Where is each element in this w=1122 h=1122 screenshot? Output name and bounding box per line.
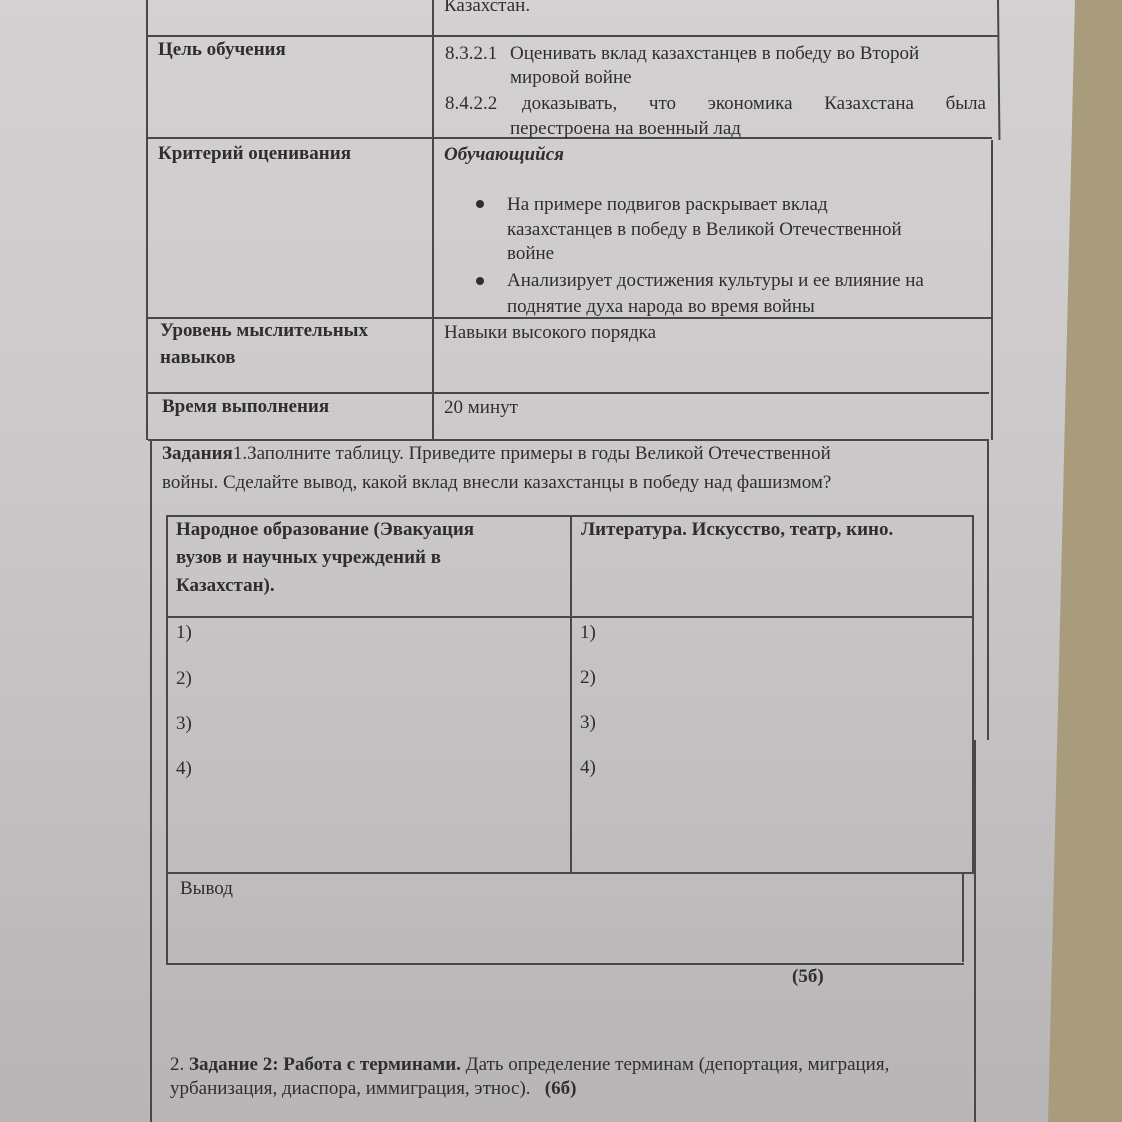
col2-item-2[interactable]: 2) bbox=[580, 666, 596, 690]
criteria-1-line1: На примере подвигов раскрывает вклад bbox=[507, 193, 828, 217]
inner-table-left bbox=[166, 515, 168, 965]
table-col-divider bbox=[432, 0, 434, 440]
task-section-left bbox=[150, 440, 152, 1122]
goal-2-code: 8.4.2.2 bbox=[445, 92, 497, 116]
thinking-level-label-2: навыков bbox=[160, 346, 236, 370]
conclusion-bottom bbox=[168, 963, 964, 965]
col2-item-4[interactable]: 4) bbox=[580, 756, 596, 780]
criteria-2-line1: Анализирует достижения культуры и ее вли… bbox=[507, 269, 924, 293]
thinking-level-label-1: Уровень мыслительных bbox=[160, 319, 368, 343]
task2-line2-text: урбанизация, диаспора, иммиграция, этнос… bbox=[170, 1078, 531, 1099]
top-row-text: Казахстан. bbox=[444, 0, 530, 18]
top-row-tail: Казахстан. bbox=[444, 0, 530, 16]
goal-2-line1: доказывать, что экономика Казахстана был… bbox=[522, 92, 986, 116]
time-value: 20 минут bbox=[444, 396, 518, 420]
inner-table-right bbox=[972, 515, 974, 873]
task2-title: Задание 2: Работа с терминами. bbox=[189, 1054, 461, 1075]
table-left-border bbox=[146, 0, 148, 440]
task1-points: (5б) bbox=[792, 965, 824, 989]
task1-instruction-line2: войны. Сделайте вывод, какой вклад внесл… bbox=[162, 471, 831, 495]
criteria-subject: Обучающийся bbox=[444, 143, 564, 167]
conclusion-label: Вывод bbox=[180, 877, 233, 901]
inner-table-header-divider bbox=[166, 616, 974, 618]
col1-item-1[interactable]: 1) bbox=[176, 621, 192, 645]
col1-header-line3: Казахстан). bbox=[176, 574, 275, 598]
task2-line1: 2. Задание 2: Работа с терминами. Дать о… bbox=[170, 1053, 889, 1077]
time-label: Время выполнения bbox=[162, 395, 329, 419]
learning-goal-label: Цель обучения bbox=[158, 38, 286, 62]
row-divider bbox=[146, 35, 998, 37]
inner-table-conclusion-divider bbox=[168, 872, 974, 874]
criteria-1-line2: казахстанцев в победу в Великой Отечеств… bbox=[507, 218, 902, 242]
col2-header: Литература. Искусство, театр, кино. bbox=[581, 518, 893, 542]
conclusion-right bbox=[962, 872, 964, 962]
goal-1-line1: Оценивать вклад казахстанцев в победу во… bbox=[510, 42, 919, 66]
row-divider bbox=[148, 392, 989, 394]
task1-instruction-line1: Задания1.Заполните таблицу. Приведите пр… bbox=[162, 442, 831, 466]
col2-item-1[interactable]: 1) bbox=[580, 621, 596, 645]
task2-points: (6б) bbox=[545, 1078, 577, 1099]
worksheet-page bbox=[0, 0, 1122, 1122]
bullet-icon bbox=[476, 200, 484, 208]
goal-1-line2: мировой войне bbox=[510, 66, 632, 90]
col1-item-2[interactable]: 2) bbox=[176, 667, 192, 691]
col1-item-4[interactable]: 4) bbox=[176, 757, 192, 781]
goal-1-code: 8.3.2.1 bbox=[445, 42, 497, 66]
criteria-label: Критерий оценивания bbox=[158, 142, 351, 166]
goal-2-line2: перестроена на военный лад bbox=[510, 117, 741, 141]
task-section-right-lower bbox=[974, 740, 976, 1122]
task2-line1-rest: Дать определение терминам (депортация, м… bbox=[466, 1054, 890, 1075]
col2-item-3[interactable]: 3) bbox=[580, 711, 596, 735]
inner-table-mid bbox=[570, 515, 572, 873]
table-right-border-lower bbox=[991, 140, 993, 440]
task-section-right bbox=[987, 440, 989, 740]
criteria-2-line2: поднятие духа народа во время войны bbox=[507, 295, 815, 319]
criteria-1-line3: войне bbox=[507, 242, 554, 266]
col1-item-3[interactable]: 3) bbox=[176, 712, 192, 736]
col1-header-line1: Народное образование (Эвакуация bbox=[176, 518, 474, 542]
bullet-icon bbox=[476, 277, 484, 285]
col1-header-line2: вузов и научных учреждений в bbox=[176, 546, 441, 570]
task1-lead: Задания bbox=[162, 443, 233, 464]
thinking-level-value: Навыки высокого порядка bbox=[444, 321, 656, 345]
task2-line2: урбанизация, диаспора, иммиграция, этнос… bbox=[170, 1077, 576, 1101]
row-divider bbox=[148, 439, 989, 441]
task1-line1: 1.Заполните таблицу. Приведите примеры в… bbox=[233, 443, 831, 464]
task2-number: 2. bbox=[170, 1054, 184, 1075]
